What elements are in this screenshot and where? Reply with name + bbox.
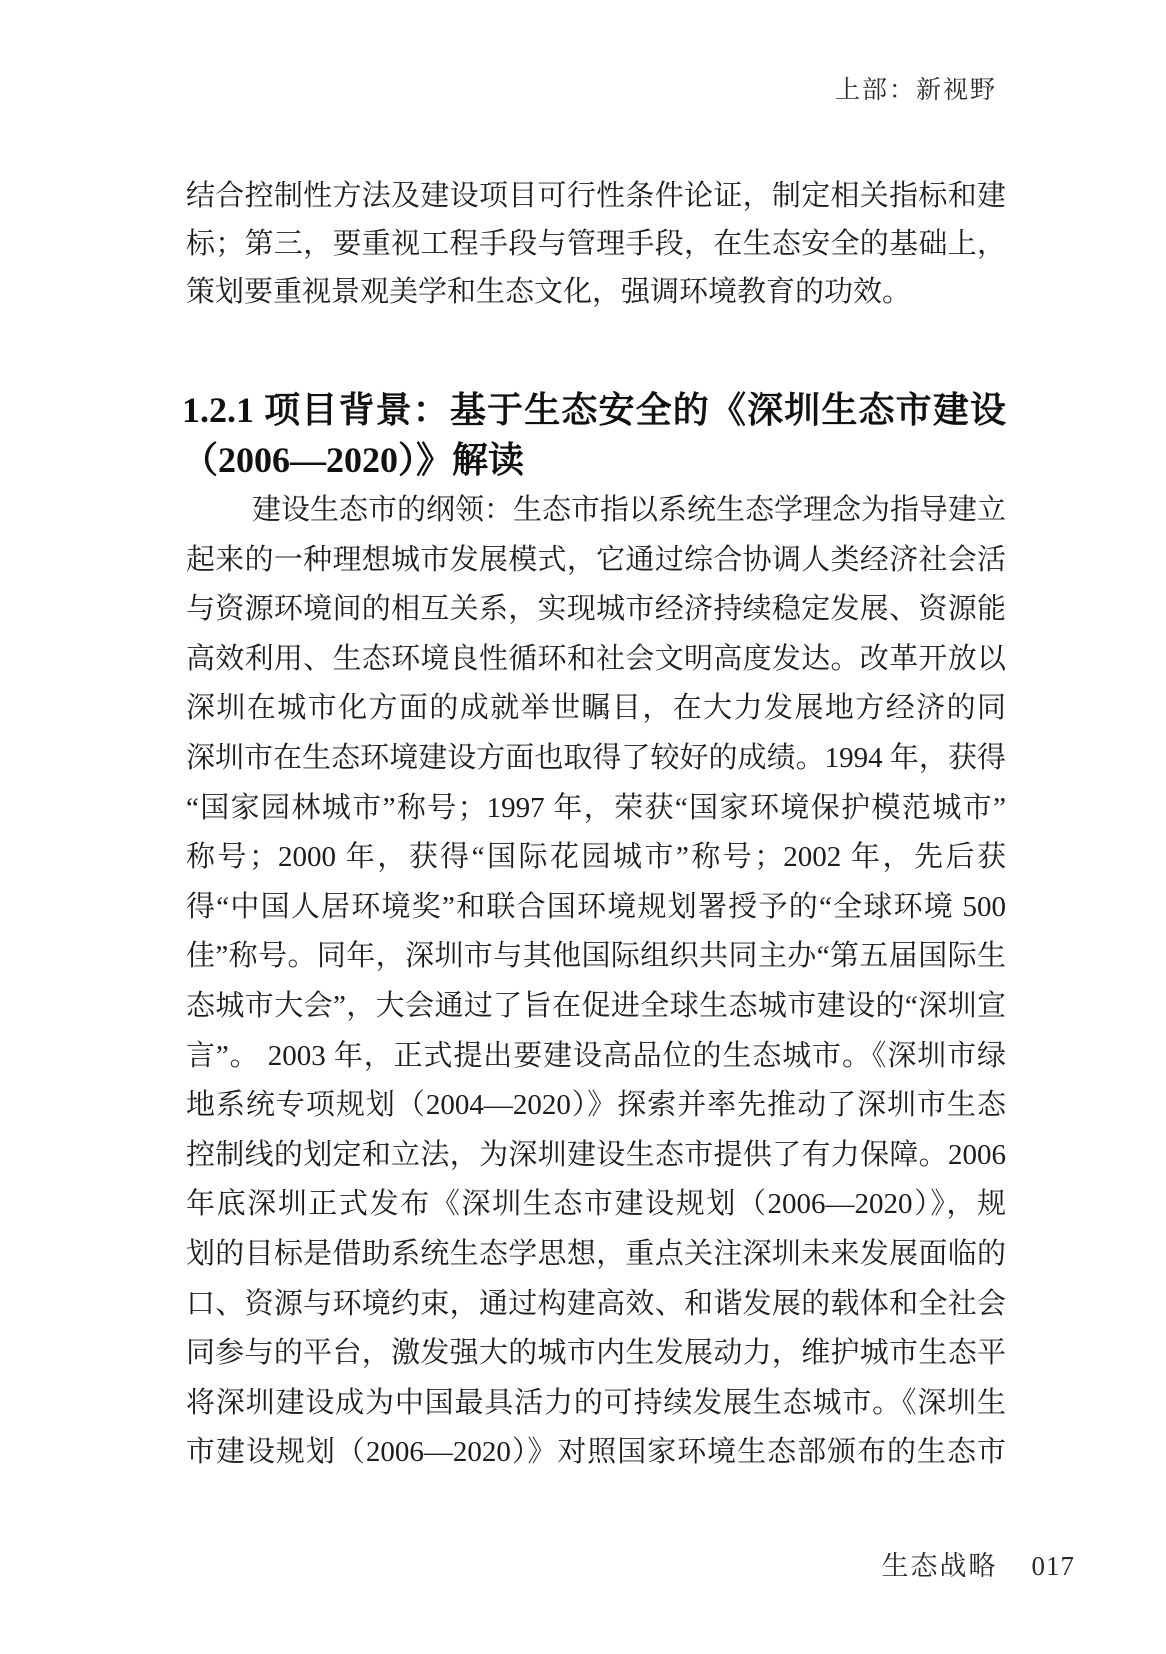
text-line: 口、资源与环境约束，通过构建高效、和谐发展的载体和全社会共 <box>186 1280 1006 1330</box>
text-line: 地系统专项规划（2004—2020）》探索并率先推动了深圳市生态 <box>186 1081 1006 1131</box>
heading-line: （2006—2020）》解读 <box>182 435 1006 485</box>
text-line: 深圳在城市化方面的成就举世瞩目，在大力发展地方经济的同时， <box>186 684 1006 734</box>
text-line: 深圳市在生态环境建设方面也取得了较好的成绩。1994 年，获得 <box>186 734 1006 784</box>
text-line: 得“中国人居环境奖”和联合国环境规划署授予的“全球环境 500 <box>186 883 1006 933</box>
text-line: 市建设规划（2006—2020）》对照国家环境生态部颁布的生态市 <box>186 1428 1006 1478</box>
text-line: 言”。 2003 年，正式提出要建设高品位的生态城市。《深圳市绿 <box>186 1032 1006 1082</box>
text-line: 与资源环境间的相互关系，实现城市经济持续稳定发展、资源能源 <box>186 585 1006 635</box>
text-line: 划的目标是借助系统生态学思想，重点关注深圳未来发展面临的人 <box>186 1230 1006 1280</box>
text-line: “国家园林城市”称号；1997 年，荣获“国家环境保护模范城市” <box>186 784 1006 834</box>
text-line: 标；第三，要重视工程手段与管理手段，在生态安全的基础上，项目 <box>186 220 1006 268</box>
text-line: 高效利用、生态环境良性循环和社会文明高度发达。改革开放以来， <box>186 635 1006 685</box>
footer-section-title: 生态战略 <box>882 1551 998 1581</box>
section-heading: 1.2.1 项目背景：基于生态安全的《深圳生态市建设规划 （2006—2020）… <box>182 385 1006 485</box>
page-header: 上部：新视野 <box>835 76 997 106</box>
header-text: 上部：新视野 <box>835 77 997 104</box>
page-footer: 生态战略017 <box>882 1550 1076 1582</box>
text-line: 称号；2000 年，获得“国际花园城市”称号；2002 年，先后获 <box>186 833 1006 883</box>
page-number: 017 <box>1032 1551 1076 1581</box>
heading-line: 1.2.1 项目背景：基于生态安全的《深圳生态市建设规划 <box>182 385 1006 435</box>
paragraph-continuation: 结合控制性方法及建设项目可行性条件论证，制定相关指标和建设目 标；第三，要重视工… <box>186 172 1006 316</box>
text-line: 年底深圳正式发布《深圳生态市建设规划（2006—2020）》，规 <box>186 1180 1006 1230</box>
text-line: 佳”称号。同年，深圳市与其他国际组织共同主办“第五届国际生 <box>186 932 1006 982</box>
text-line: 将深圳建设成为中国最具活力的可持续发展生态城市。《深圳生态 <box>186 1379 1006 1429</box>
text-line: 控制线的划定和立法，为深圳建设生态市提供了有力保障。2006 <box>186 1131 1006 1181</box>
book-page: 上部：新视野 结合控制性方法及建设项目可行性条件论证，制定相关指标和建设目 标；… <box>0 0 1166 1654</box>
text-line: 态城市大会”，大会通过了旨在促进全球生态城市建设的“深圳宣 <box>186 982 1006 1032</box>
text-line: 策划要重视景观美学和生态文化，强调环境教育的功效。 <box>186 268 1006 316</box>
paragraph-body: 建设生态市的纲领：生态市指以系统生态学理念为指导建立 起来的一种理想城市发展模式… <box>186 486 1006 1478</box>
text-line: 同参与的平台，激发强大的城市内生发展动力，维护城市生态平衡， <box>186 1329 1006 1379</box>
text-line: 结合控制性方法及建设项目可行性条件论证，制定相关指标和建设目 <box>186 172 1006 220</box>
text-line: 建设生态市的纲领：生态市指以系统生态学理念为指导建立 <box>186 486 1006 536</box>
text-line: 起来的一种理想城市发展模式，它通过综合协调人类经济社会活动 <box>186 536 1006 586</box>
